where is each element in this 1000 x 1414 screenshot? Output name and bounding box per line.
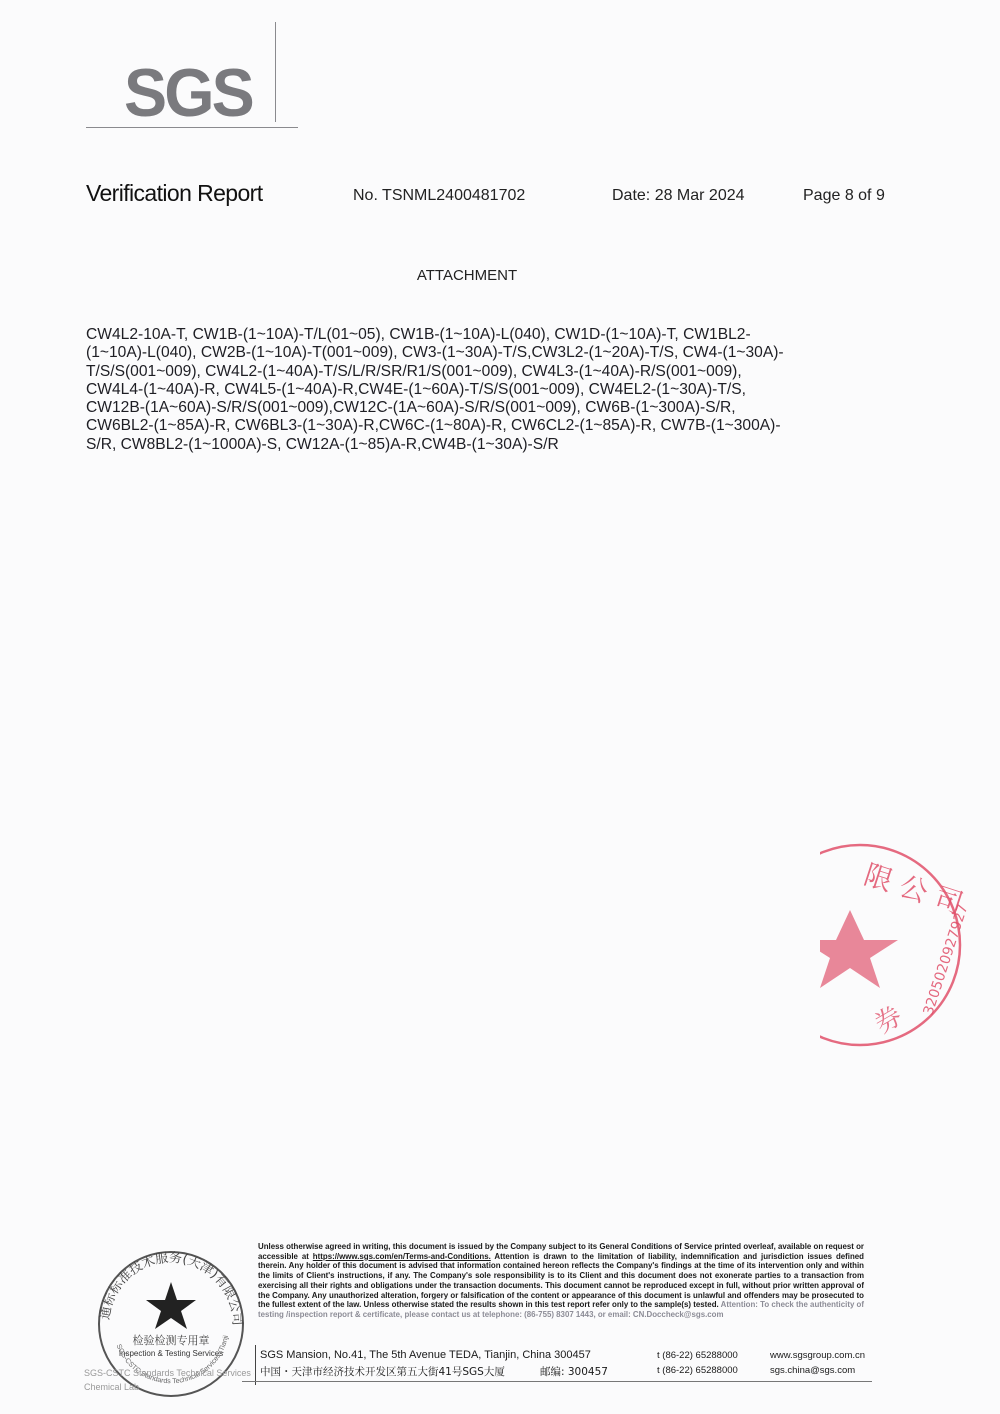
report-number: No. TSNML2400481702 — [353, 187, 525, 205]
phone-secondary: t (86-22) 65288000 — [657, 1365, 738, 1376]
address-divider-horizontal — [242, 1381, 872, 1382]
seal-star-icon — [820, 910, 898, 988]
seal-star-icon — [146, 1282, 196, 1329]
address-chinese: 中国・天津市经济技术开发区第五大街41号SGS大厦 — [260, 1364, 505, 1379]
model-list-line: CW4L2-10A-T, CW1B-(1~10A)-T/L(01~05), CW… — [86, 326, 856, 344]
report-header: Verification Report No. TSNML2400481702 … — [0, 180, 1000, 214]
sgs-logo: SGS — [86, 60, 298, 132]
seal-center-en: Inspection & Testing Services — [119, 1349, 223, 1358]
seal-chars: 限 公 司 — [860, 858, 967, 921]
address-english: SGS Mansion, No.41, The 5th Avenue TEDA,… — [260, 1349, 591, 1361]
website-link[interactable]: www.sgsgroup.com.cn — [770, 1350, 865, 1361]
sgs-logo-text: SGS — [124, 54, 252, 132]
company-seal-stamp: 限 公 司 3205020927927 券 — [820, 840, 1000, 1050]
model-list-line: CW4L4-(1~40A)-R, CW4L5-(1~40A)-R,CW4E-(1… — [86, 381, 856, 399]
inspection-seal-stamp: 通标标准技术服务(天津)有限公司 检验检测专用章 Inspection & Te… — [84, 1232, 254, 1402]
model-list-line: CW6BL2-(1~85A)-R, CW6BL3-(1~30A)-R,CW6C-… — [86, 417, 856, 435]
page-indicator: Page 8 of 9 — [803, 187, 885, 205]
model-list: CW4L2-10A-T, CW1B-(1~10A)-T/L(01~05), CW… — [86, 326, 856, 454]
logo-rule-vertical — [275, 22, 276, 122]
report-title: Verification Report — [86, 180, 263, 207]
model-list-line: CW12B-(1A~60A)-S/R/S(001~009),CW12C-(1A~… — [86, 399, 856, 417]
terms-link[interactable]: https://www.sgs.com/en/Terms-and-Conditi… — [313, 1252, 491, 1261]
model-list-line: (1~10A)-L(040), CW2B-(1~10A)-T(001~009),… — [86, 344, 856, 362]
attachment-heading: ATTACHMENT — [0, 267, 934, 284]
logo-rule-horizontal — [86, 127, 298, 128]
report-date: Date: 28 Mar 2024 — [612, 187, 745, 205]
seal-center-cn: 检验检测专用章 — [133, 1333, 210, 1347]
email-link[interactable]: sgs.china@sgs.com — [770, 1365, 855, 1376]
seal-number: 3205020927927 — [921, 902, 972, 1017]
seal-label-line1: SGS-CSTC Standards Technical Services (T… — [84, 1368, 254, 1378]
model-list-line: S/R, CW8BL2-(1~1000A)-S, CW12A-(1~85)A-R… — [86, 436, 856, 454]
address-divider-vertical — [255, 1345, 256, 1385]
seal-label-line2: Chemical Lab — [84, 1382, 139, 1392]
seal-partial-char: 券 — [870, 1001, 908, 1040]
legal-disclaimer: Unless otherwise agreed in writing, this… — [258, 1242, 864, 1320]
model-list-line: T/S/S(001~009), CW4L2-(1~40A)-T/S/L/R/SR… — [86, 363, 856, 381]
postcode-chinese: 邮编: 300457 — [540, 1364, 608, 1379]
phone-primary: t (86-22) 65288000 — [657, 1350, 738, 1361]
